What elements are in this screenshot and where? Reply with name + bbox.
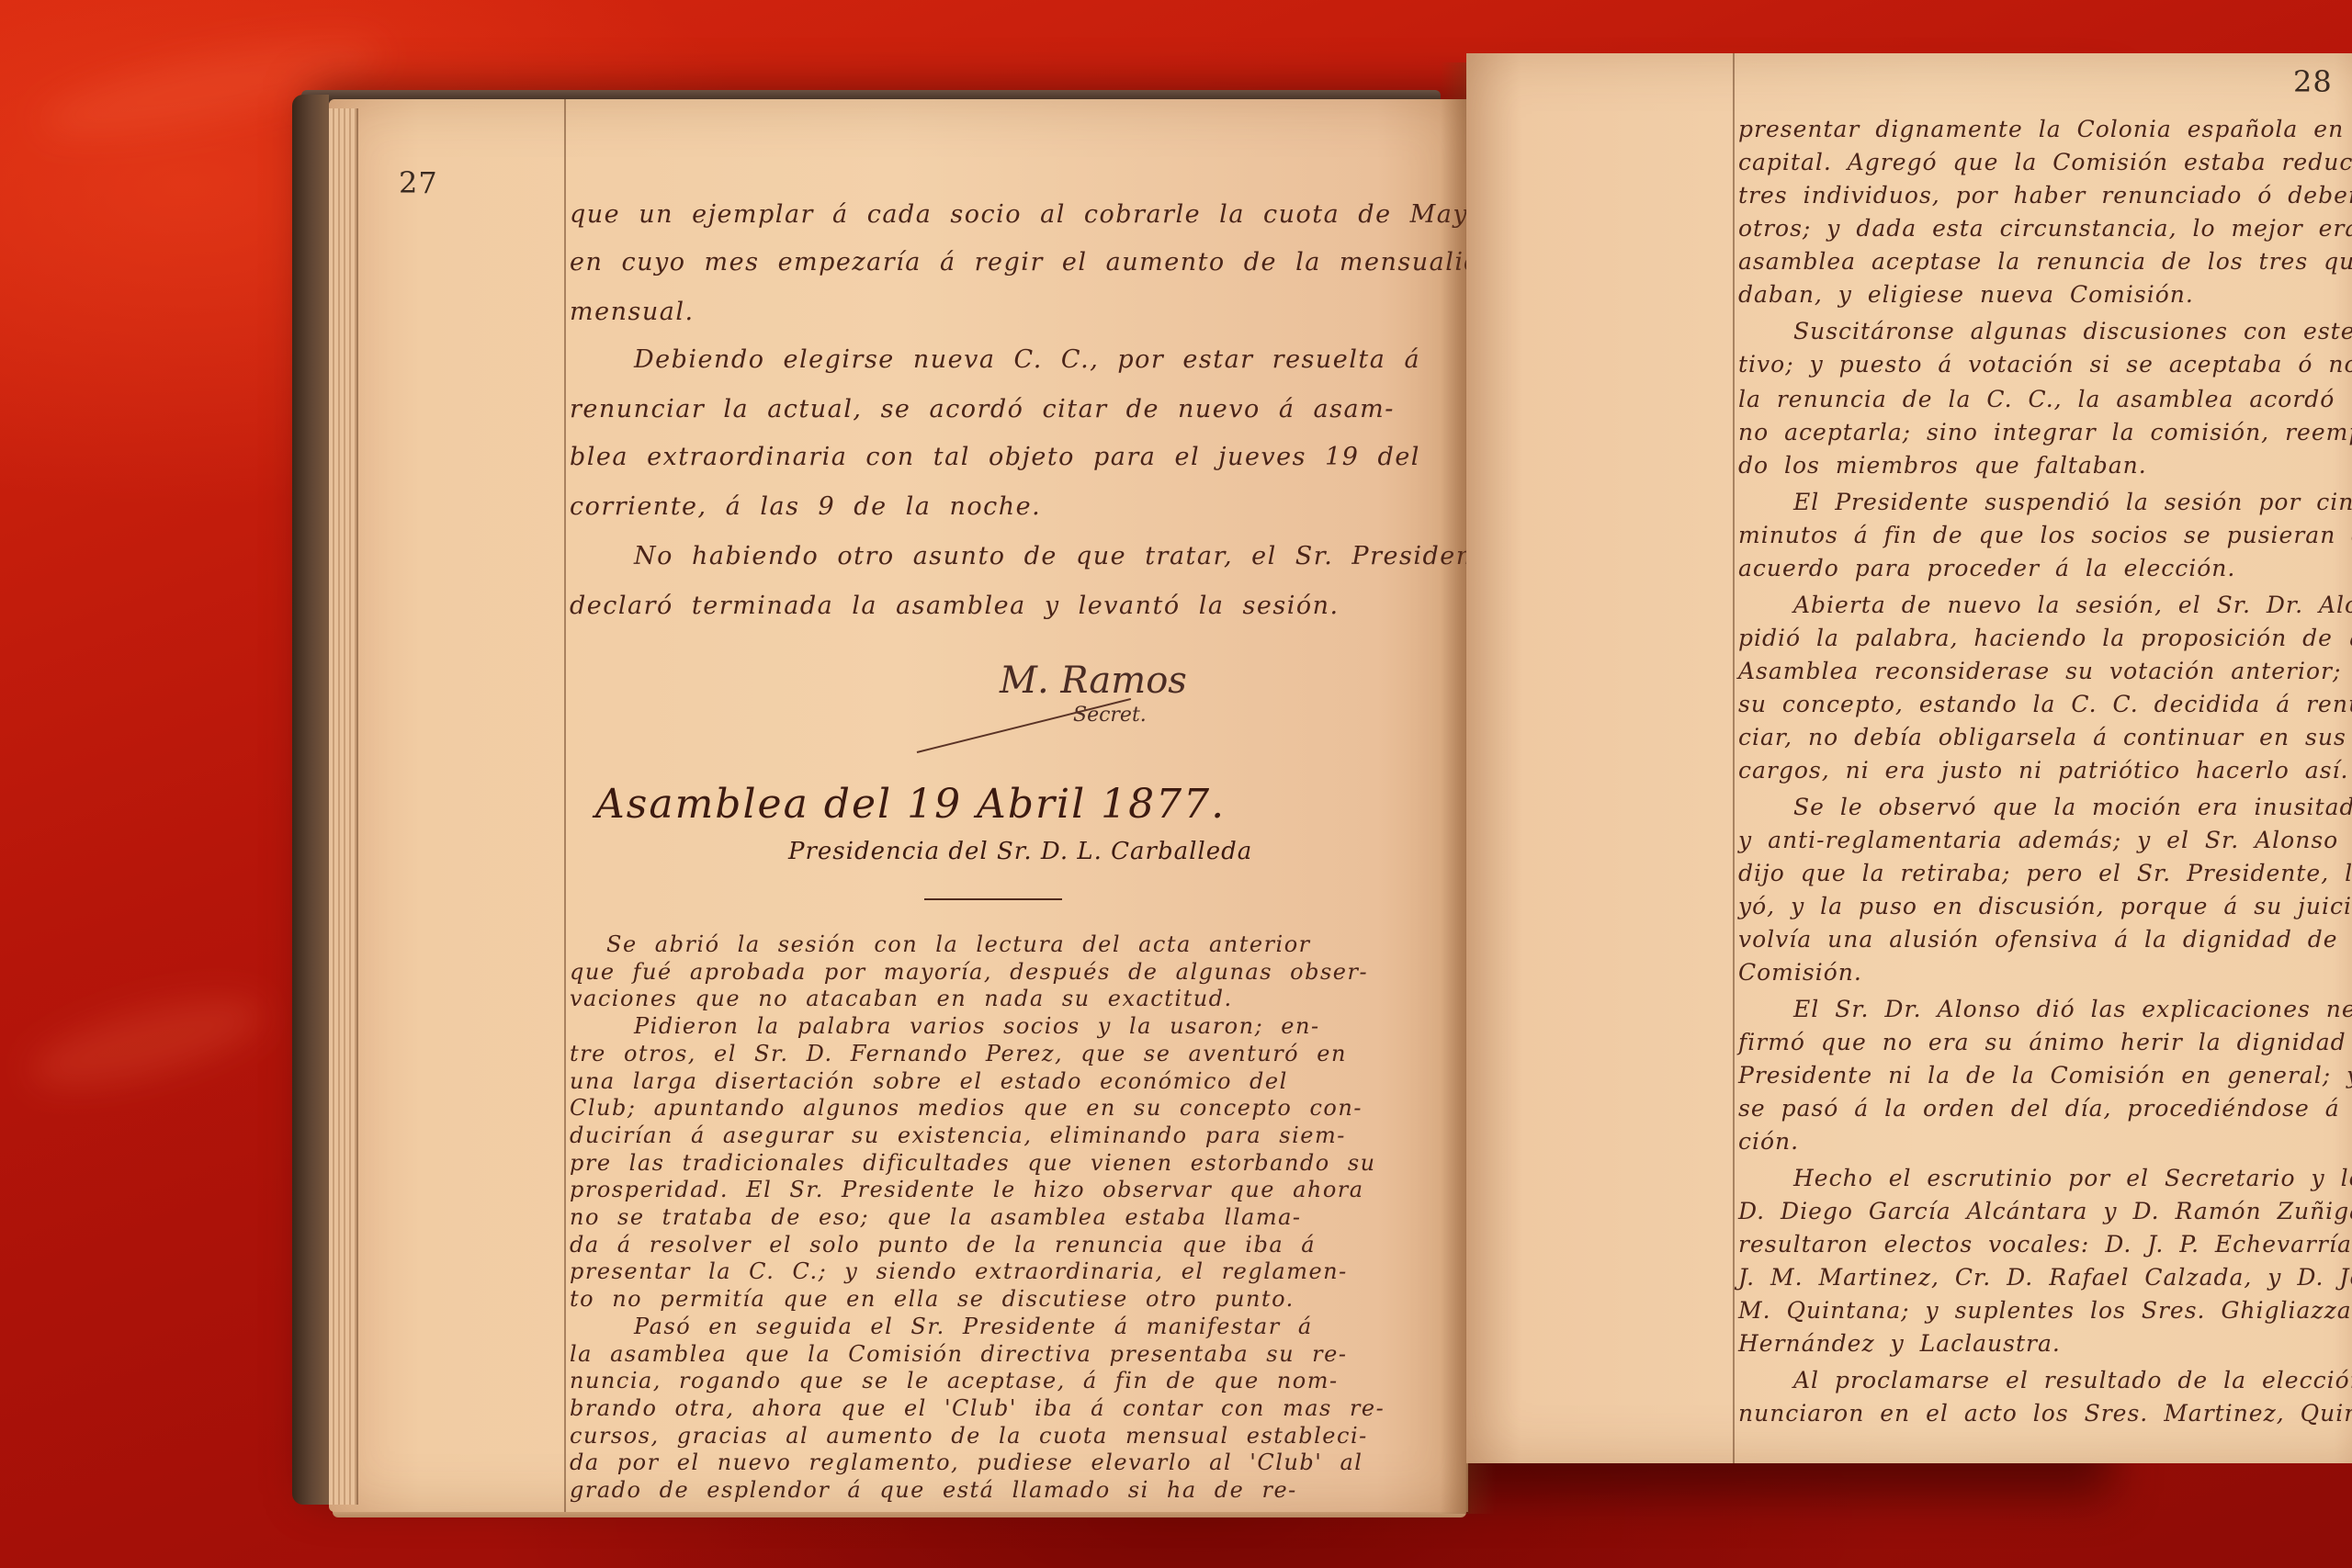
text-line: ducirían á asegurar su existencia, elimi… <box>570 1122 1346 1148</box>
book-cover-spine-edge <box>292 95 329 1505</box>
text-line: dijo que la retiraba; pero el Sr. Presid… <box>1738 860 2352 886</box>
text-line: tre otros, el Sr. D. Fernando Perez, que… <box>570 1041 1347 1066</box>
text-line: declaró terminada la asamblea y levantó … <box>570 592 1340 620</box>
text-line: blea extraordinaria con tal objeto para … <box>570 443 1420 471</box>
text-line: una larga disertación sobre el estado ec… <box>570 1068 1288 1094</box>
text-line: capital. Agregó que la Comisión estaba r… <box>1738 149 2352 175</box>
text-line: Suscitáronse algunas discusiones con est… <box>1793 318 2352 344</box>
signature-name: M. Ramos <box>1000 660 1187 702</box>
text-line: otros; y dada esta circunstancia, lo mej… <box>1738 215 2352 242</box>
text-line: no se trataba de eso; que la asamblea es… <box>570 1204 1302 1230</box>
text-line: volvía una alusión ofensiva á la dignida… <box>1738 926 2352 953</box>
text-line: Club; apuntando algunos medios que en su… <box>570 1095 1363 1121</box>
text-line: tres individuos, por haber renunciado ó … <box>1738 182 2352 209</box>
text-line: no aceptarla; sino integrar la comisión,… <box>1738 419 2352 446</box>
text-line: presentar la C. C.; y siendo extraordina… <box>570 1258 1348 1284</box>
text-line: Debiendo elegirse nueva C. C., por estar… <box>634 345 1420 374</box>
text-line: Hecho el escrutinio por el Secretario y … <box>1793 1165 2352 1191</box>
text-line: prosperidad. El Sr. Presidente le hizo o… <box>570 1177 1364 1202</box>
text-line: El Presidente suspendió la sesión por ci… <box>1793 489 2352 515</box>
text-line: Se le observó que la moción era inusitad… <box>1793 794 2352 820</box>
margin-line <box>564 99 566 1512</box>
text-line: to no permitía que en ella se discutiese… <box>570 1286 1295 1312</box>
text-line: su concepto, estando la C. C. decidida á… <box>1738 691 2352 717</box>
text-line: cargos, ni era justo ni patriótico hacer… <box>1738 757 2348 784</box>
page-stack-edge-left <box>329 108 356 1505</box>
text-line: El Sr. Dr. Alonso dió las explicaciones … <box>1793 996 2352 1022</box>
text-line: minutos á fin de que los socios se pusie… <box>1738 522 2352 548</box>
text-line: vaciones que no atacaban en nada su exac… <box>570 986 1233 1011</box>
minutes-subtitle: Presidencia del Sr. D. L. Carballeda <box>788 838 1252 865</box>
text-line: la renuncia de la C. C., la asamblea aco… <box>1738 386 2335 412</box>
margin-line <box>356 108 358 1505</box>
text-line: Hernández y Laclaustra. <box>1738 1330 2061 1357</box>
text-line: M. Quintana; y suplentes los Sres. Ghigl… <box>1738 1297 2352 1324</box>
text-line: Comisión. <box>1738 959 1862 986</box>
section-divider <box>924 898 1062 900</box>
page-number: 28 <box>2293 64 2333 99</box>
text-line: se pasó á la orden del día, procediéndos… <box>1738 1095 2352 1122</box>
text-line: Pasó en seguida el Sr. Presidente á mani… <box>634 1314 1313 1339</box>
text-line: nuncia, rogando que se le aceptase, á fi… <box>570 1368 1339 1393</box>
text-line: D. Diego García Alcántara y D. Ramón Zuñ… <box>1738 1198 2352 1224</box>
text-line: da por el nuevo reglamento, pudiese elev… <box>570 1450 1363 1475</box>
text-line: Presidente ni la de la Comisión en gener… <box>1738 1062 2352 1089</box>
text-line: asamblea aceptase la renuncia de los tre… <box>1738 248 2352 275</box>
text-line: la asamblea que la Comisión directiva pr… <box>570 1341 1347 1367</box>
margin-line <box>1733 53 1735 1463</box>
left-page: 27 que un ejemplar á cada socio al cobra… <box>329 99 1468 1512</box>
minutes-title: Asamblea del 19 Abril 1877. <box>595 781 1226 828</box>
text-line: ciar, no debía obligarsela á continuar e… <box>1738 724 2346 750</box>
text-line: grado de esplendor á que está llamado si… <box>570 1477 1297 1503</box>
text-line: Se abrió la sesión con la lectura del ac… <box>606 931 1311 957</box>
text-line: Asamblea reconsiderase su votación anter… <box>1738 658 2352 684</box>
text-line: tivo; y puesto á votación si se aceptaba… <box>1738 351 2352 378</box>
text-line: pidió la palabra, haciendo la proposició… <box>1738 625 2352 651</box>
text-line: J. M. Martinez, Cr. D. Rafael Calzada, y… <box>1738 1264 2352 1291</box>
text-line: yó, y la puso en discusión, porque á su … <box>1738 893 2352 919</box>
text-line: en cuyo mes empezaría á regir el aumento… <box>570 248 1515 276</box>
text-line: mensual. <box>570 298 695 326</box>
text-line: brando otra, ahora que el 'Club' iba á c… <box>570 1395 1385 1421</box>
text-line: da á resolver el solo punto de la renunc… <box>570 1232 1316 1258</box>
text-line: daban, y eligiese nueva Comisión. <box>1738 281 2194 308</box>
fabric-sheen <box>23 981 270 1105</box>
text-line: ción. <box>1738 1128 1799 1155</box>
text-line: do los miembros que faltaban. <box>1738 452 2147 479</box>
text-line: cursos, gracias al aumento de la cuota m… <box>570 1423 1368 1449</box>
text-line: nunciaron en el acto los Sres. Martinez,… <box>1738 1400 2352 1427</box>
text-line: Pidieron la palabra varios socios y la u… <box>634 1013 1320 1039</box>
text-line: y anti-reglamentaria además; y el Sr. Al… <box>1738 827 2352 853</box>
open-ledger-book: 27 que un ejemplar á cada socio al cobra… <box>292 53 2093 1472</box>
text-line: que fué aprobada por mayoría, después de… <box>570 959 1368 985</box>
text-line: corriente, á las 9 de la noche. <box>570 492 1041 521</box>
secretary-signature: M. Ramos Secret. <box>1000 660 1187 727</box>
text-line: que un ejemplar á cada socio al cobrarle… <box>570 200 1494 229</box>
text-line: renunciar la actual, se acordó citar de … <box>570 395 1395 423</box>
page-number: 27 <box>399 165 438 200</box>
text-line: presentar dignamente la Colonia española… <box>1738 116 2352 142</box>
text-line: resultaron electos vocales: D. J. P. Ech… <box>1738 1231 2352 1258</box>
text-line: No habiendo otro asunto de que tratar, e… <box>634 542 1500 570</box>
text-line: firmó que no era su ánimo herir la digni… <box>1738 1029 2352 1055</box>
text-line: acuerdo para proceder á la elección. <box>1738 555 2235 581</box>
text-line: Abierta de nuevo la sesión, el Sr. Dr. A… <box>1793 592 2352 618</box>
text-line: pre las tradicionales dificultades que v… <box>570 1150 1376 1176</box>
right-page: 28 presentar dignamente la Colonia españ… <box>1466 53 2352 1463</box>
text-line: Al proclamarse el resultado de la elecci… <box>1793 1367 2352 1393</box>
